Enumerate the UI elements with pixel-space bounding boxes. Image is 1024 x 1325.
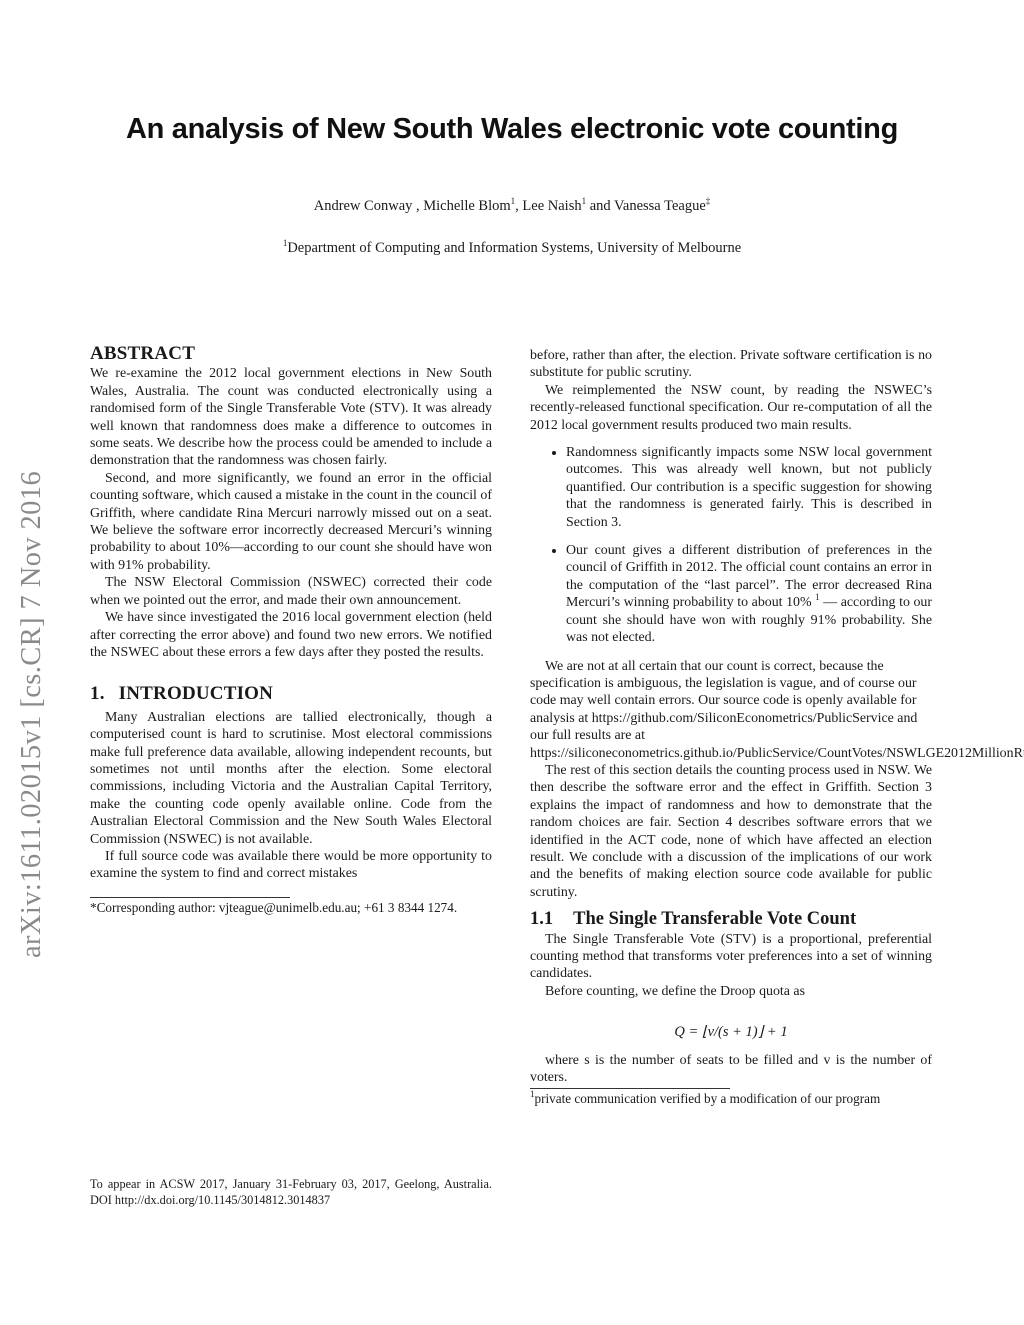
author-list: Andrew Conway , Michelle Blom1, Lee Nais… (0, 198, 1024, 215)
arxiv-stamp: arXiv:1611.02015v1 [cs.CR] 7 Nov 2016 (16, 471, 48, 958)
corresponding-author-footnote: *Corresponding author: vjteague@unimelb.… (90, 900, 492, 916)
author-name: Lee Naish (522, 198, 581, 214)
list-item: Our count gives a different distribution… (566, 542, 932, 646)
results-list: Randomness significantly impacts some NS… (530, 444, 932, 646)
abstract-paragraph: We re-examine the 2012 local government … (90, 365, 492, 469)
abstract-heading: ABSTRACT (90, 345, 492, 362)
author-mark: ‡ (706, 196, 711, 206)
list-item: Randomness significantly impacts some NS… (566, 444, 932, 531)
paper-title: An analysis of New South Wales electroni… (0, 113, 1024, 146)
conference-note: To appear in ACSW 2017, January 31-Febru… (90, 1176, 492, 1208)
subsection-heading: 1.1The Single Transferable Vote Count (530, 911, 932, 928)
affiliation: 1Department of Computing and Information… (0, 240, 1024, 257)
body-paragraph: Before counting, we define the Droop quo… (530, 983, 932, 1000)
abstract-paragraph: Second, and more significantly, we found… (90, 470, 492, 574)
author-name: Vanessa Teague (614, 198, 706, 214)
right-column: before, rather than after, the election.… (530, 347, 932, 1107)
body-paragraph: before, rather than after, the election.… (530, 347, 932, 382)
body-paragraph: The rest of this section details the cou… (530, 762, 932, 901)
author-separator: , (412, 198, 423, 214)
author-name: Michelle Blom (423, 198, 510, 214)
body-paragraph: where s is the number of seats to be fil… (530, 1052, 932, 1087)
author-separator: and (586, 198, 614, 214)
affiliation-text: Department of Computing and Information … (287, 240, 741, 256)
footnote-divider (530, 1088, 730, 1089)
body-paragraph: Many Australian elections are tallied el… (90, 709, 492, 848)
footnote-divider (90, 897, 290, 898)
section-number: 1. (90, 683, 105, 704)
section-heading-introduction: 1.INTRODUCTION (90, 685, 492, 702)
section-title: INTRODUCTION (119, 683, 273, 704)
droop-quota-formula: Q = ⌊v/(s + 1)⌋ + 1 (530, 1024, 932, 1041)
subsection-title: The Single Transferable Vote Count (573, 909, 856, 929)
body-paragraph: If full source code was available there … (90, 848, 492, 883)
body-paragraph: We reimplemented the NSW count, by readi… (530, 382, 932, 434)
subsection-number: 1.1 (530, 909, 553, 929)
footnote-text: private communication verified by a modi… (535, 1091, 881, 1106)
footnote: 1private communication verified by a mod… (530, 1091, 932, 1107)
body-paragraph: The Single Transferable Vote (STV) is a … (530, 931, 932, 983)
abstract-paragraph: We have since investigated the 2016 loca… (90, 609, 492, 661)
author-name: Andrew Conway (314, 198, 413, 214)
abstract-paragraph: The NSW Electoral Commission (NSWEC) cor… (90, 574, 492, 609)
body-paragraph: We are not at all certain that our count… (530, 658, 932, 762)
left-column: ABSTRACT We re-examine the 2012 local go… (90, 345, 492, 916)
